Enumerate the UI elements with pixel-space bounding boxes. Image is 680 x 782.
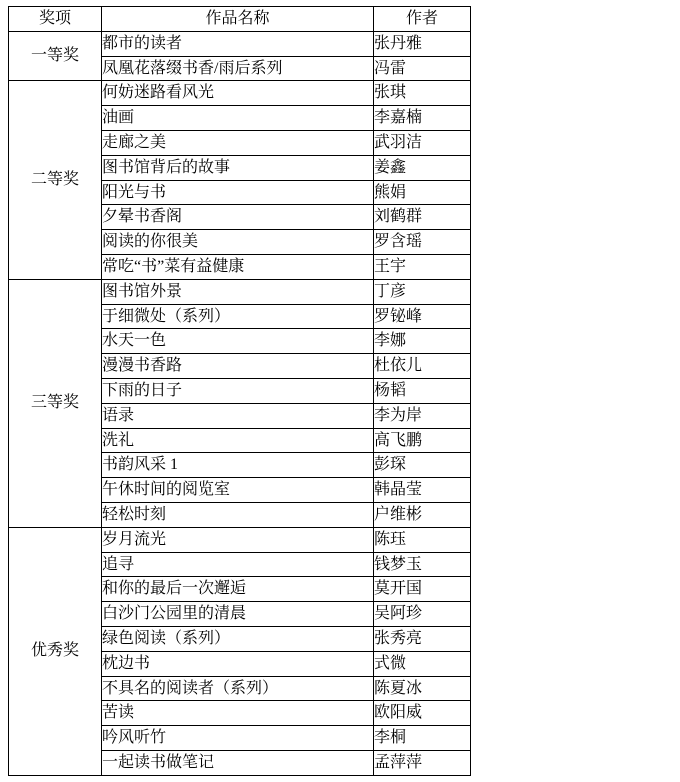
work-title-cell: 图书馆背后的故事 (102, 155, 374, 180)
author-cell: 熊娟 (374, 180, 471, 205)
work-title-cell: 枕边书 (102, 651, 374, 676)
author-cell: 李嘉楠 (374, 106, 471, 131)
work-title-cell: 凤凰花落缀书香/雨后系列 (102, 56, 374, 81)
author-cell: 丁彦 (374, 279, 471, 304)
work-title-cell: 不具名的阅读者（系列） (102, 676, 374, 701)
work-title-cell: 阳光与书 (102, 180, 374, 205)
author-cell: 陈珏 (374, 527, 471, 552)
author-cell: 韩晶莹 (374, 478, 471, 503)
work-title-cell: 一起读书做笔记 (102, 750, 374, 775)
document-page: 奖项 作品名称 作者 一等奖都市的读者张丹雅凤凰花落缀书香/雨后系列冯雷二等奖何… (0, 0, 680, 782)
author-cell: 李桐 (374, 726, 471, 751)
table-row: 二等奖何妨迷路看风光张琪 (9, 81, 471, 106)
work-title-cell: 下雨的日子 (102, 378, 374, 403)
work-title-cell: 书韵风采 1 (102, 453, 374, 478)
work-title-cell: 都市的读者 (102, 31, 374, 56)
work-title-cell: 白沙门公园里的清晨 (102, 602, 374, 627)
awards-table: 奖项 作品名称 作者 一等奖都市的读者张丹雅凤凰花落缀书香/雨后系列冯雷二等奖何… (8, 6, 471, 776)
author-cell: 杜依儿 (374, 354, 471, 379)
author-cell: 莫开国 (374, 577, 471, 602)
author-cell: 高飞鹏 (374, 428, 471, 453)
author-cell: 刘鹤群 (374, 205, 471, 230)
author-cell: 武羽洁 (374, 130, 471, 155)
work-title-cell: 何妨迷路看风光 (102, 81, 374, 106)
author-cell: 张秀亮 (374, 626, 471, 651)
work-title-cell: 吟风听竹 (102, 726, 374, 751)
header-award: 奖项 (9, 7, 102, 32)
author-cell: 吴阿珍 (374, 602, 471, 627)
table-row: 三等奖图书馆外景丁彦 (9, 279, 471, 304)
work-title-cell: 岁月流光 (102, 527, 374, 552)
work-title-cell: 绿色阅读（系列） (102, 626, 374, 651)
author-cell: 杨韬 (374, 378, 471, 403)
awards-table-body: 一等奖都市的读者张丹雅凤凰花落缀书香/雨后系列冯雷二等奖何妨迷路看风光张琪油画李… (9, 31, 471, 775)
author-cell: 张琪 (374, 81, 471, 106)
author-cell: 彭琛 (374, 453, 471, 478)
work-title-cell: 和你的最后一次邂逅 (102, 577, 374, 602)
award-cell: 二等奖 (9, 81, 102, 279)
work-title-cell: 漫漫书香路 (102, 354, 374, 379)
award-cell: 一等奖 (9, 31, 102, 81)
work-title-cell: 阅读的你很美 (102, 230, 374, 255)
author-cell: 欧阳威 (374, 701, 471, 726)
author-cell: 姜鑫 (374, 155, 471, 180)
author-cell: 李为岸 (374, 403, 471, 428)
work-title-cell: 走廊之美 (102, 130, 374, 155)
work-title-cell: 轻松时刻 (102, 502, 374, 527)
author-cell: 陈夏冰 (374, 676, 471, 701)
table-row: 优秀奖岁月流光陈珏 (9, 527, 471, 552)
award-cell: 优秀奖 (9, 527, 102, 775)
author-cell: 罗铋峰 (374, 304, 471, 329)
author-cell: 罗含瑶 (374, 230, 471, 255)
author-cell: 李娜 (374, 329, 471, 354)
work-title-cell: 图书馆外景 (102, 279, 374, 304)
author-cell: 钱梦玉 (374, 552, 471, 577)
work-title-cell: 油画 (102, 106, 374, 131)
work-title-cell: 苦读 (102, 701, 374, 726)
work-title-cell: 洗礼 (102, 428, 374, 453)
author-cell: 张丹雅 (374, 31, 471, 56)
header-row: 奖项 作品名称 作者 (9, 7, 471, 32)
award-cell: 三等奖 (9, 279, 102, 527)
awards-table-header: 奖项 作品名称 作者 (9, 7, 471, 32)
work-title-cell: 夕晕书香阁 (102, 205, 374, 230)
work-title-cell: 常吃“书”菜有益健康 (102, 254, 374, 279)
author-cell: 式微 (374, 651, 471, 676)
work-title-cell: 水天一色 (102, 329, 374, 354)
work-title-cell: 追寻 (102, 552, 374, 577)
work-title-cell: 语录 (102, 403, 374, 428)
header-title: 作品名称 (102, 7, 374, 32)
author-cell: 冯雷 (374, 56, 471, 81)
header-author: 作者 (374, 7, 471, 32)
author-cell: 孟萍萍 (374, 750, 471, 775)
work-title-cell: 于细微处（系列） (102, 304, 374, 329)
author-cell: 户维彬 (374, 502, 471, 527)
table-row: 一等奖都市的读者张丹雅 (9, 31, 471, 56)
author-cell: 王宇 (374, 254, 471, 279)
work-title-cell: 午休时间的阅览室 (102, 478, 374, 503)
